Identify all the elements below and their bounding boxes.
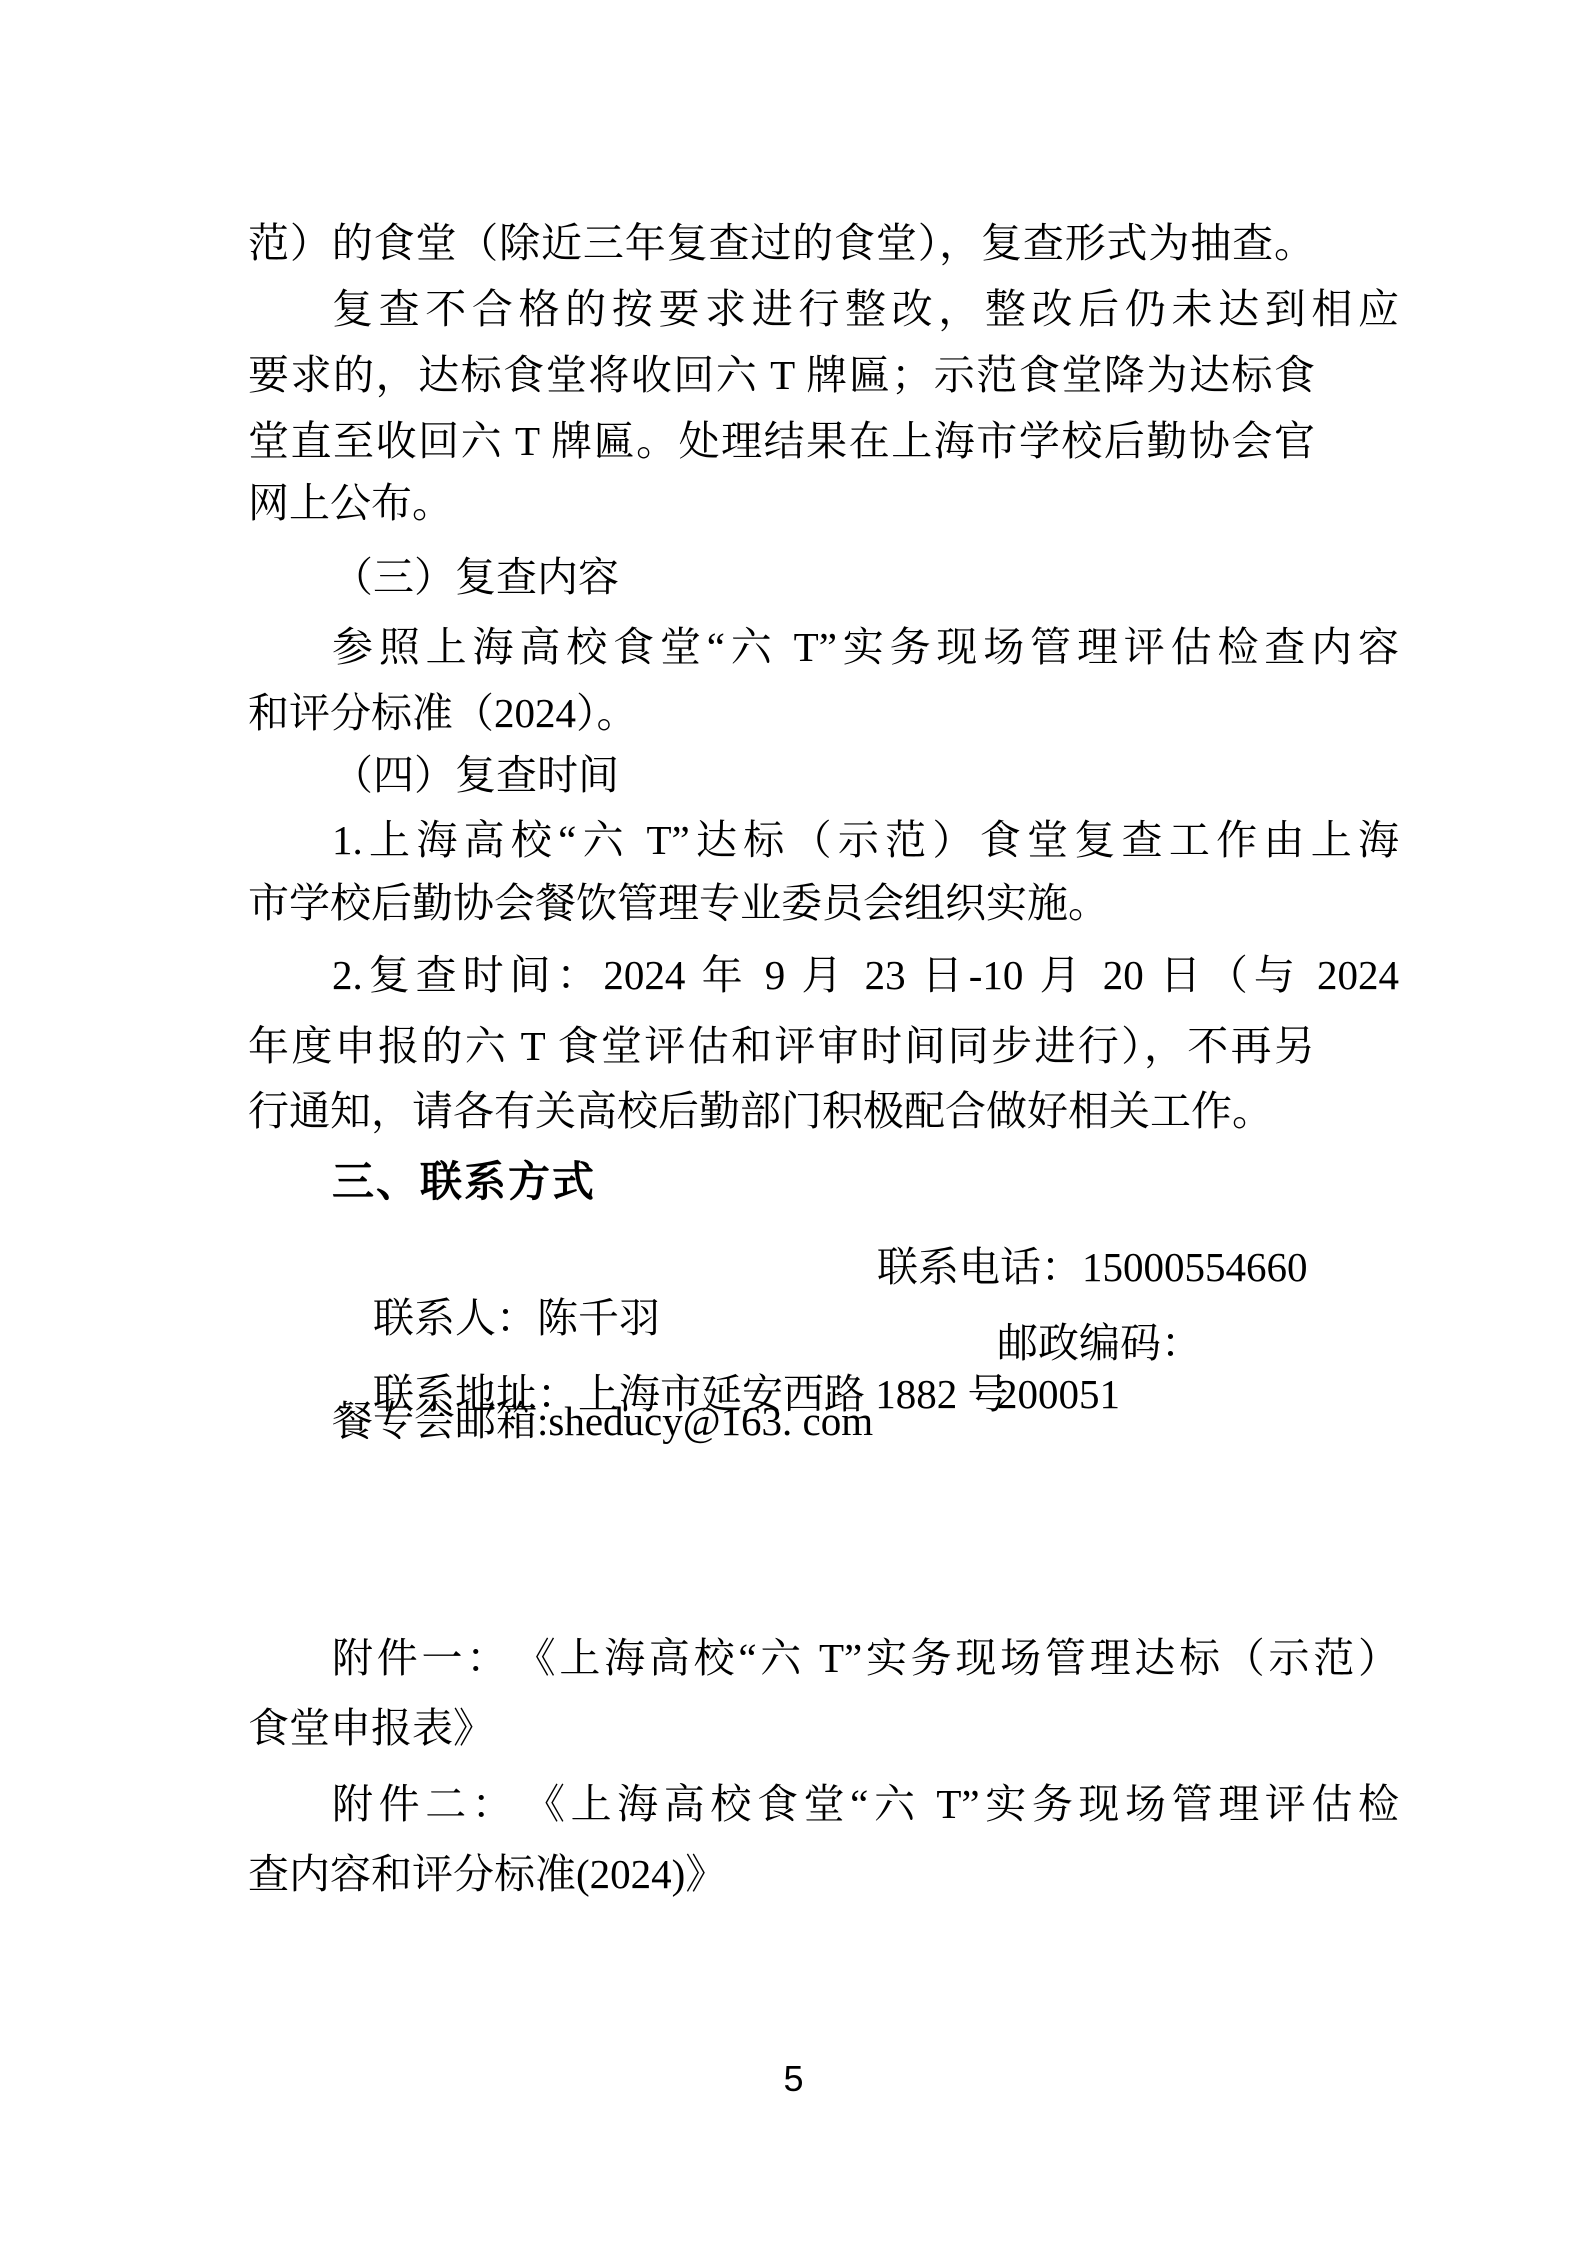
attachment-line: 附件一： 《上海高校“六 T”实务现场管理达标（示范） bbox=[248, 1633, 1399, 1684]
body-line: 范）的食堂（除近三年复查过的食堂），复查形式为抽查。 bbox=[248, 218, 1315, 269]
contact-email: 餐专会邮箱:sheducy@163. com bbox=[248, 1396, 1399, 1447]
body-line: 复查不合格的按要求进行整改，整改后仍未达到相应 bbox=[248, 284, 1399, 335]
contact-section-heading: 三、联系方式 bbox=[248, 1156, 1399, 1209]
body-line: 年度申报的六 T 食堂评估和评审时间同步进行），不再另 bbox=[248, 1021, 1315, 1072]
body-line: 网上公布。 bbox=[248, 478, 1315, 529]
body-line: 行通知，请各有关高校后勤部门积极配合做好相关工作。 bbox=[248, 1086, 1315, 1137]
attachment-line: 食堂申报表》 bbox=[248, 1703, 1315, 1754]
page-number: 5 bbox=[0, 2058, 1587, 2100]
body-line: 要求的，达标食堂将收回六 T 牌匾；示范食堂降为达标食 bbox=[248, 350, 1315, 401]
body-line: 参照上海高校食堂“六 T”实务现场管理评估检查内容 bbox=[248, 622, 1399, 673]
body-line: 和评分标准（2024）。 bbox=[248, 688, 1315, 739]
subsection-heading: （四）复查时间 bbox=[248, 750, 1399, 801]
attachment-line: 查内容和评分标准(2024)》 bbox=[248, 1849, 1315, 1900]
subsection-heading: （三）复查内容 bbox=[248, 552, 1399, 603]
body-line: 2.复查时间：2024 年 9 月 23 日-10 月 20 日（与 2024 bbox=[248, 950, 1399, 1001]
document-page: 范）的食堂（除近三年复查过的食堂），复查形式为抽查。 复查不合格的按要求进行整改… bbox=[0, 0, 1587, 2245]
body-line: 1.上海高校“六 T”达标（示范）食堂复查工作由上海 bbox=[248, 815, 1399, 866]
body-line: 堂直至收回六 T 牌匾。处理结果在上海市学校后勤协会官 bbox=[248, 416, 1315, 467]
body-line: 市学校后勤协会餐饮管理专业委员会组织实施。 bbox=[248, 878, 1315, 929]
attachment-line: 附件二： 《上海高校食堂“六 T”实务现场管理评估检 bbox=[248, 1779, 1399, 1830]
contact-phone: 联系电话：15000554660 bbox=[877, 1242, 1308, 1293]
